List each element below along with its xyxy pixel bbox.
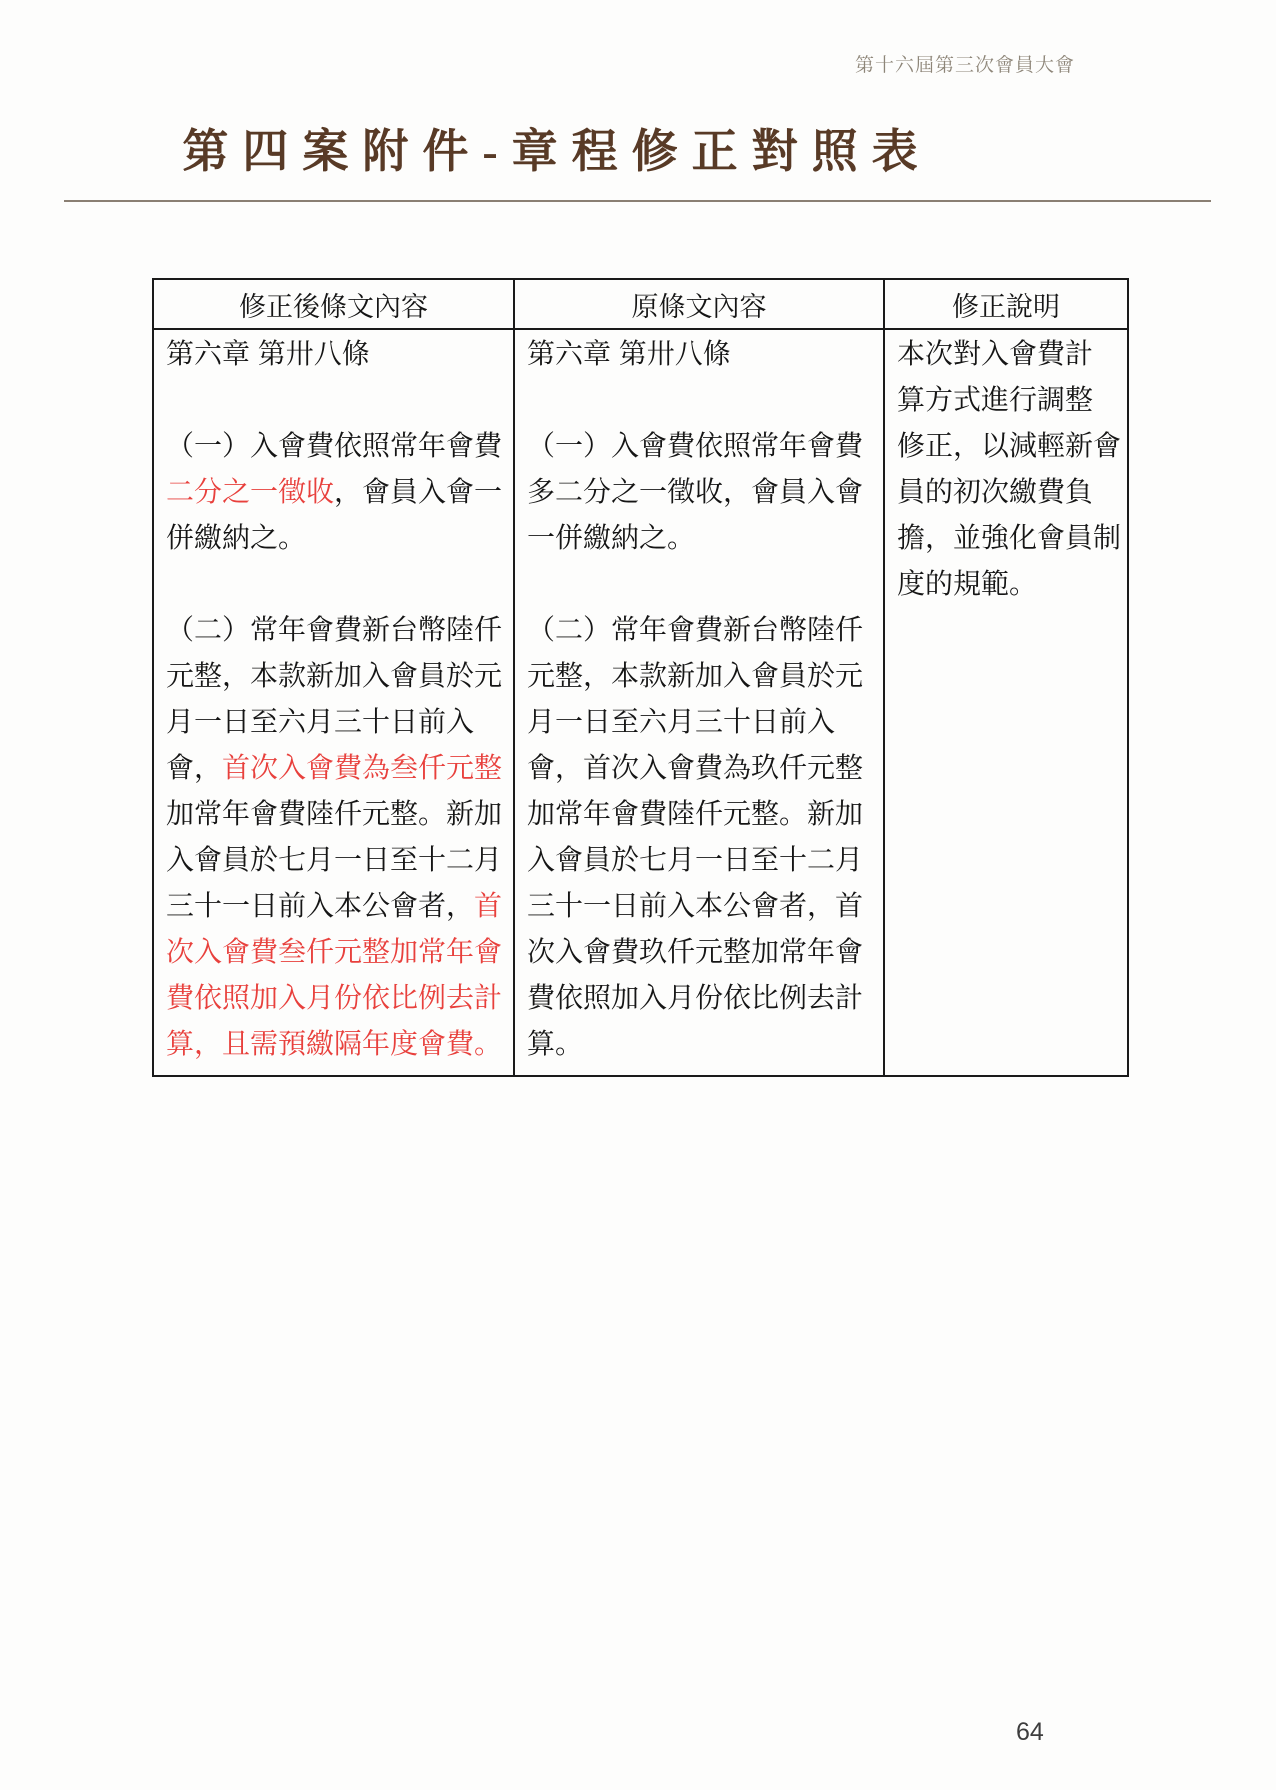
- text-line: [166, 561, 507, 607]
- text-line: [527, 561, 877, 607]
- text-line: 月一日至六月三十日前入: [527, 699, 877, 745]
- text-line: 加常年會費陸仟元整。新加: [527, 791, 877, 837]
- text-line: 入會員於七月一日至十二月: [166, 837, 507, 883]
- column-header-original: 原條文內容: [514, 279, 884, 329]
- text-line: 元整，本款新加入會員於元: [166, 653, 507, 699]
- text-line: 次入會費叁仟元整加常年會: [166, 929, 507, 975]
- text-line: （一）入會費依照常年會費: [166, 423, 507, 469]
- text-line: 算。: [527, 1021, 877, 1067]
- amendment-comparison-table: 修正後條文內容 原條文內容 修正說明 第六章 第卅八條 （一）入會費依照常年會費…: [152, 278, 1129, 1077]
- text-line: 二分之一徵收，會員入會一: [166, 469, 507, 515]
- text-line: 併繳納之。: [166, 515, 507, 561]
- text-line: 算方式進行調整: [897, 377, 1121, 423]
- text-line: 月一日至六月三十日前入: [166, 699, 507, 745]
- text-line: 擔，並強化會員制: [897, 515, 1121, 561]
- text-line: 修正，以減輕新會: [897, 423, 1121, 469]
- text-line: 入會員於七月一日至十二月: [527, 837, 877, 883]
- text-line: 費依照加入月份依比例去計: [527, 975, 877, 1021]
- text-line: 會，首次入會費為叁仟元整: [166, 745, 507, 791]
- cell-amended-content: 第六章 第卅八條 （一）入會費依照常年會費二分之一徵收，會員入會一併繳納之。 （…: [153, 329, 514, 1076]
- document-page: 第十六屆第三次會員大會 第四案附件-章程修正對照表 修正後條文內容 原條文內容 …: [0, 0, 1276, 1790]
- cell-amendment-explanation: 本次對入會費計算方式進行調整修正，以減輕新會員的初次繳費負擔，並強化會員制度的規…: [884, 329, 1128, 1076]
- text-line: 第六章 第卅八條: [166, 331, 507, 377]
- text-line: 員的初次繳費負: [897, 469, 1121, 515]
- column-header-amended: 修正後條文內容: [153, 279, 514, 329]
- page-number: 64: [1016, 1718, 1044, 1747]
- table-body-row: 第六章 第卅八條 （一）入會費依照常年會費二分之一徵收，會員入會一併繳納之。 （…: [153, 329, 1128, 1076]
- text-line: [166, 377, 507, 423]
- text-line: （二）常年會費新台幣陸仟: [527, 607, 877, 653]
- page-title: 第四案附件-章程修正對照表: [0, 122, 1114, 182]
- text-line: 費依照加入月份依比例去計: [166, 975, 507, 1021]
- text-line: 一併繳納之。: [527, 515, 877, 561]
- text-line: 三十一日前入本公會者，首: [166, 883, 507, 929]
- text-line: 次入會費玖仟元整加常年會: [527, 929, 877, 975]
- meeting-session-header: 第十六屆第三次會員大會: [855, 50, 1075, 77]
- text-line: 會，首次入會費為玖仟元整: [527, 745, 877, 791]
- table-header-row: 修正後條文內容 原條文內容 修正說明: [153, 279, 1128, 329]
- text-line: [527, 377, 877, 423]
- text-line: 三十一日前入本公會者，首: [527, 883, 877, 929]
- text-line: （二）常年會費新台幣陸仟: [166, 607, 507, 653]
- title-divider: [64, 200, 1211, 202]
- text-line: 第六章 第卅八條: [527, 331, 877, 377]
- text-line: 元整，本款新加入會員於元: [527, 653, 877, 699]
- text-line: 本次對入會費計: [897, 331, 1121, 377]
- text-line: （一）入會費依照常年會費: [527, 423, 877, 469]
- text-line: 多二分之一徵收，會員入會: [527, 469, 877, 515]
- text-line: 加常年會費陸仟元整。新加: [166, 791, 507, 837]
- column-header-explanation: 修正說明: [884, 279, 1128, 329]
- text-line: 度的規範。: [897, 561, 1121, 607]
- cell-original-content: 第六章 第卅八條 （一）入會費依照常年會費多二分之一徵收，會員入會一併繳納之。 …: [514, 329, 884, 1076]
- text-line: 算，且需預繳隔年度會費。: [166, 1021, 507, 1067]
